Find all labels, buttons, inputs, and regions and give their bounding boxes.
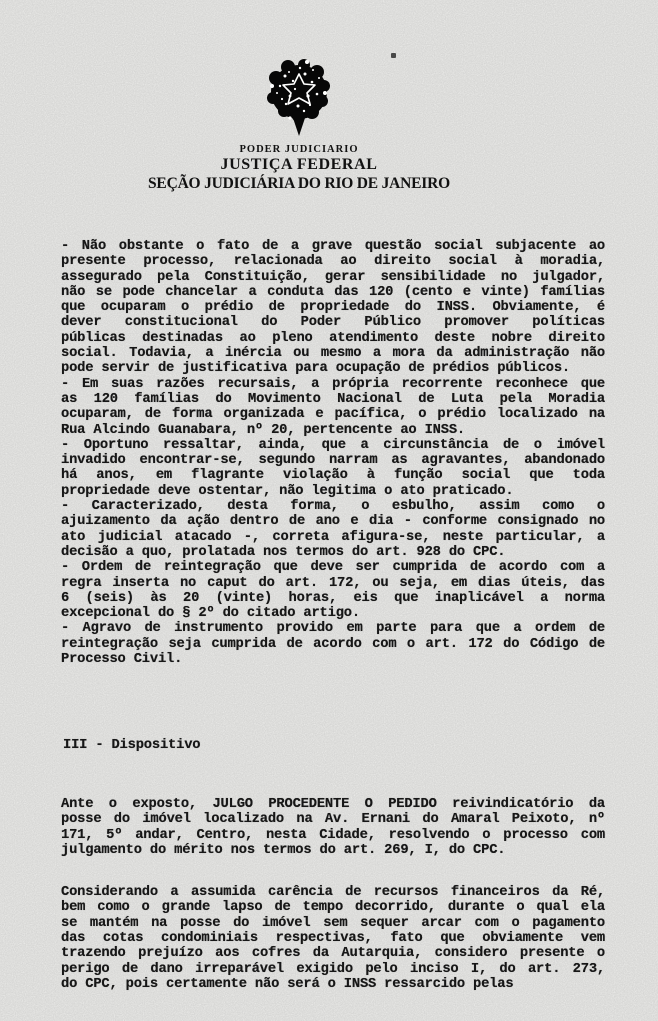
letterhead-branch-label: PODER JUDICIARIO <box>4 143 594 156</box>
letterhead-court-name: JUSTIÇA FEDERAL <box>4 156 594 174</box>
text-line: se mantém na posse do imóvel sem sequer … <box>61 916 605 931</box>
text-line: das cotas condominiais respectivas, fato… <box>61 931 605 946</box>
paragraph: Ante o exposto, JULGO PROCEDENTE O PEDID… <box>61 797 605 858</box>
paragraph: - Oportuno ressaltar, ainda, que a circu… <box>61 438 605 499</box>
paragraph: - Não obstante o fato de a grave questão… <box>61 239 605 377</box>
text-line: públicas destinadas ao pleno atendimento… <box>61 331 605 346</box>
text-line: presente processo, relacionada ao direit… <box>61 254 605 269</box>
text-line: bem como o grande lapso de tempo decorri… <box>61 900 605 915</box>
text-line: do CPC, pois certamente não será o INSS … <box>61 977 605 992</box>
paragraph: - Agravo de instrumento provido em parte… <box>61 621 605 667</box>
text-line: excepcional do § 2º do citado artigo. <box>61 606 605 621</box>
text-line: as 120 famílias do Movimento Nacional de… <box>61 392 605 407</box>
text-line: - Oportuno ressaltar, ainda, que a circu… <box>61 438 605 453</box>
text-line: Processo Civil. <box>61 652 605 667</box>
text-line: não se pode chancelar a conduta das 120 … <box>61 285 605 300</box>
paragraph: Considerando a assumida carência de recu… <box>61 885 605 992</box>
letterhead: PODER JUDICIARIO JUSTIÇA FEDERAL SEÇÃO J… <box>4 0 594 193</box>
text-line: - Em suas razões recursais, a própria re… <box>61 377 605 392</box>
text-line: julgamento do mérito nos termos do art. … <box>61 843 605 858</box>
decision-summary-block: - Não obstante o fato de a grave questão… <box>61 239 605 667</box>
text-line: - Agravo de instrumento provido em parte… <box>61 621 605 636</box>
text-line: Considerando a assumida carência de recu… <box>61 885 605 900</box>
text-line: Rua Alcindo Guanabara, nº 20, pertencent… <box>61 423 605 438</box>
section-heading-dispositivo: III - Dispositivo <box>63 738 200 754</box>
text-line: - Ordem de reintegração que deve ser cum… <box>61 560 605 575</box>
brazil-coat-of-arms-icon <box>260 56 338 138</box>
text-line: trazendo prejuízo aos cofres da Autarqui… <box>61 946 605 961</box>
ruling-text-block: Ante o exposto, JULGO PROCEDENTE O PEDID… <box>61 797 605 992</box>
text-line: ato judicial atacado -, correta afigura-… <box>61 530 605 545</box>
paragraph: - Caracterizado, desta forma, o esbulho,… <box>61 499 605 560</box>
text-line: 6 (seis) às 20 (vinte) horas, eis que in… <box>61 591 605 606</box>
text-line: há anos, em flagrante violação à função … <box>61 468 605 483</box>
text-line: - Não obstante o fato de a grave questão… <box>61 239 605 254</box>
text-line: posse do imóvel localizado na Av. Ernani… <box>61 812 605 827</box>
text-line: 171, 5º andar, Centro, nesta Cidade, res… <box>61 828 605 843</box>
text-line: Ante o exposto, JULGO PROCEDENTE O PEDID… <box>61 797 605 812</box>
text-line: perigo de dano irreparável exigido pelo … <box>61 962 605 977</box>
paragraph: - Ordem de reintegração que deve ser cum… <box>61 560 605 621</box>
text-line: - Caracterizado, desta forma, o esbulho,… <box>61 499 605 514</box>
letterhead-judicial-section: SEÇÃO JUDICIÁRIA DO RIO DE JANEIRO <box>4 174 594 193</box>
scanned-court-document-page: PODER JUDICIARIO JUSTIÇA FEDERAL SEÇÃO J… <box>0 0 658 1021</box>
text-line: dever constitucional do Poder Público pr… <box>61 315 605 330</box>
text-line: ocuparam, de forma organizada e pacífica… <box>61 407 605 422</box>
text-line: propriedade deve ostentar, não legitima … <box>61 484 605 499</box>
text-line: decisão a quo, prolatada nos termos do a… <box>61 545 605 560</box>
text-line: invadido encontrar-se, segundo narram as… <box>61 453 605 468</box>
text-line: assegurado pela Constituição, gerar sens… <box>61 270 605 285</box>
text-line: pode servir de justificativa para ocupaç… <box>61 361 605 376</box>
text-line: ajuizamento da ação dentro de ano e dia … <box>61 514 605 529</box>
text-line: que ocuparam o prédio de propriedade do … <box>61 300 605 315</box>
text-line: social. Todavia, a inércia ou mesmo a mo… <box>61 346 605 361</box>
text-line: regra inserta no caput do art. 172, ou s… <box>61 576 605 591</box>
paragraph: - Em suas razões recursais, a própria re… <box>61 377 605 438</box>
text-line: reintegração seja cumprida de acordo com… <box>61 637 605 652</box>
